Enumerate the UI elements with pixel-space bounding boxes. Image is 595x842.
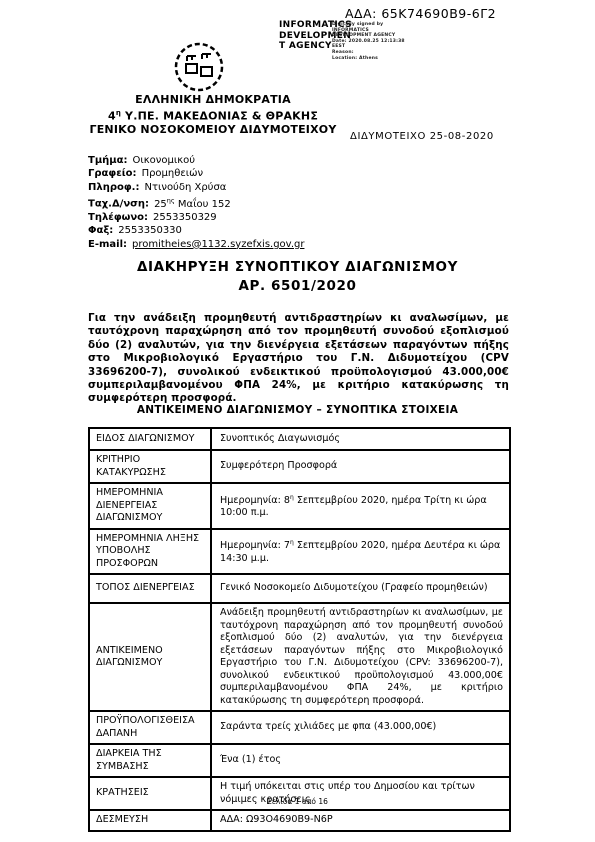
summary-table-heading: ΑΝΤΙΚΕΙΜΕΝΟ ΔΙΑΓΩΝΙΣΜΟΥ – ΣΥΝΟΠΤΙΚΑ ΣΤΟΙ… xyxy=(0,404,595,416)
gov-header: ΕΛΛΗΝΙΚΗ ΔΗΜΟΚΡΑΤΙΑ 4η Υ.ΠΕ. ΜΑΚΕΔΟΝΙΑΣ … xyxy=(88,93,338,136)
document-title-line1: ΔΙΑΚΗΡΥΞΗ ΣΥΝΟΠΤΙΚΟΥ ΔΙΑΓΩΝΙΣΜΟΥ xyxy=(0,258,595,277)
row-value: Ανάδειξη προμηθευτή αντιδραστηρίων κι αν… xyxy=(211,603,510,711)
contact-email: E-mail:promitheies@1132.syzefxis.gov.gr xyxy=(88,238,388,251)
row-label: ΚΡΙΤΗΡΙΟ ΚΑΤΑΚΥΡΩΣΗΣ xyxy=(89,450,211,483)
email-link[interactable]: promitheies@1132.syzefxis.gov.gr xyxy=(132,239,304,250)
contact-block: Τμήμα:Οικονομικού Γραφείο:Προμηθειών Πλη… xyxy=(88,154,388,251)
table-row: ΕΙΔΟΣ ΔΙΑΓΩΝΙΣΜΟΥ Συνοπτικός Διαγωνισμός xyxy=(89,428,510,450)
row-label: ΔΙΑΡΚΕΙΑ ΤΗΣ ΣΥΜΒΑΣΗΣ xyxy=(89,744,211,777)
table-row: ΔΕΣΜΕΥΣΗ ΑΔΑ: Ω93Ο4690Β9-Ν6Ρ xyxy=(89,810,510,831)
intro-paragraph: Για την ανάδειξη προμηθευτή αντιδραστηρί… xyxy=(88,312,509,406)
gov-header-line1: ΕΛΛΗΝΙΚΗ ΔΗΜΟΚΡΑΤΙΑ xyxy=(88,93,338,107)
ada-code: ΑΔΑ: 65K74690B9-6Γ2 xyxy=(345,6,520,21)
row-label: ΗΜΕΡΟΜΗΝΙΑ ΛΗΞΗΣ ΥΠΟΒΟΛΗΣ ΠΡΟΣΦΟΡΩΝ xyxy=(89,529,211,575)
contact-fax: Φαξ:2553350330 xyxy=(88,224,388,237)
row-value: Συνοπτικός Διαγωνισμός xyxy=(211,428,510,450)
hospital-emblem-icon xyxy=(172,40,226,98)
table-row: ΗΜΕΡΟΜΗΝΙΑ ΔΙΕΝΕΡΓΕΙΑΣ ΔΙΑΓΩΝΙΣΜΟΥ Ημερο… xyxy=(89,483,510,529)
contact-department: Τμήμα:Οικονομικού xyxy=(88,154,388,167)
document-title: ΔΙΑΚΗΡΥΞΗ ΣΥΝΟΠΤΙΚΟΥ ΔΙΑΓΩΝΙΣΜΟΥ ΑΡ. 650… xyxy=(0,258,595,296)
contact-office: Γραφείο:Προμηθειών xyxy=(88,167,388,180)
row-value: Γενικό Νοσοκομείο Διδυμοτείχου (Γραφείο … xyxy=(211,574,510,603)
gov-header-line2: 4η Υ.ΠΕ. ΜΑΚΕΔΟΝΙΑΣ & ΘΡΑΚΗΣ xyxy=(88,107,338,123)
row-value: ΑΔΑ: Ω93Ο4690Β9-Ν6Ρ xyxy=(211,810,510,831)
place-date: ΔΙΔΥΜΟΤΕΙΧΟ 25-08-2020 xyxy=(350,131,510,142)
table-row: ΗΜΕΡΟΜΗΝΙΑ ΛΗΞΗΣ ΥΠΟΒΟΛΗΣ ΠΡΟΣΦΟΡΩΝ Ημερ… xyxy=(89,529,510,575)
document-page: ΑΔΑ: 65K74690B9-6Γ2 INFORMATICS DEVELOPM… xyxy=(0,0,595,842)
row-label: ΔΕΣΜΕΥΣΗ xyxy=(89,810,211,831)
document-title-line2: ΑΡ. 6501/2020 xyxy=(0,277,595,296)
row-value: Σαράντα τρείς χιλιάδες με φπα (43.000,00… xyxy=(211,711,510,744)
table-row: ΑΝΤΙΚΕΙΜΕΝΟ ΔΙΑΓΩΝΙΣΜΟΥ Ανάδειξη προμηθε… xyxy=(89,603,510,711)
table-row: ΔΙΑΡΚΕΙΑ ΤΗΣ ΣΥΜΒΑΣΗΣ Ένα (1) έτος xyxy=(89,744,510,777)
signature-details: Digitally signed by INFORMATICS DEVELOPM… xyxy=(332,22,437,61)
table-row: ΚΡΙΤΗΡΙΟ ΚΑΤΑΚΥΡΩΣΗΣ Συμφερότερη Προσφορ… xyxy=(89,450,510,483)
row-label: ΤΟΠΟΣ ΔΙΕΝΕΡΓΕΙΑΣ xyxy=(89,574,211,603)
row-value: Ένα (1) έτος xyxy=(211,744,510,777)
summary-table: ΕΙΔΟΣ ΔΙΑΓΩΝΙΣΜΟΥ Συνοπτικός Διαγωνισμός… xyxy=(88,427,509,832)
row-value: Ημερομηνία: 7η Σεπτεμβρίου 2020, ημέρα Δ… xyxy=(211,529,510,575)
contact-person: Πληροφ.:Ντινούδη Χρύσα xyxy=(88,181,388,194)
row-label: ΕΙΔΟΣ ΔΙΑΓΩΝΙΣΜΟΥ xyxy=(89,428,211,450)
table-row: ΤΟΠΟΣ ΔΙΕΝΕΡΓΕΙΑΣ Γενικό Νοσοκομείο Διδυ… xyxy=(89,574,510,603)
contact-address: Ταχ.Δ/νση:25ης Μαΐου 152 xyxy=(88,194,388,211)
row-label: ΗΜΕΡΟΜΗΝΙΑ ΔΙΕΝΕΡΓΕΙΑΣ ΔΙΑΓΩΝΙΣΜΟΥ xyxy=(89,483,211,529)
row-label: ΠΡΟΫΠΟΛΟΓΙΣΘΕΙΣΑ ΔΑΠΑΝΗ xyxy=(89,711,211,744)
gov-header-line3: ΓΕΝΙΚΟ ΝΟΣΟΚΟΜΕΙΟΥ ΔΙΔΥΜΟΤΕΙΧΟΥ xyxy=(88,123,338,137)
table-row: ΠΡΟΫΠΟΛΟΓΙΣΘΕΙΣΑ ΔΑΠΑΝΗ Σαράντα τρείς χι… xyxy=(89,711,510,744)
row-value: Ημερομηνία: 8η Σεπτεμβρίου 2020, ημέρα Τ… xyxy=(211,483,510,529)
row-value: Συμφερότερη Προσφορά xyxy=(211,450,510,483)
contact-phone: Τηλέφωνο:2553350329 xyxy=(88,211,388,224)
page-number: Σελίδα 1 από 16 xyxy=(0,797,595,806)
row-label: ΑΝΤΙΚΕΙΜΕΝΟ ΔΙΑΓΩΝΙΣΜΟΥ xyxy=(89,603,211,711)
